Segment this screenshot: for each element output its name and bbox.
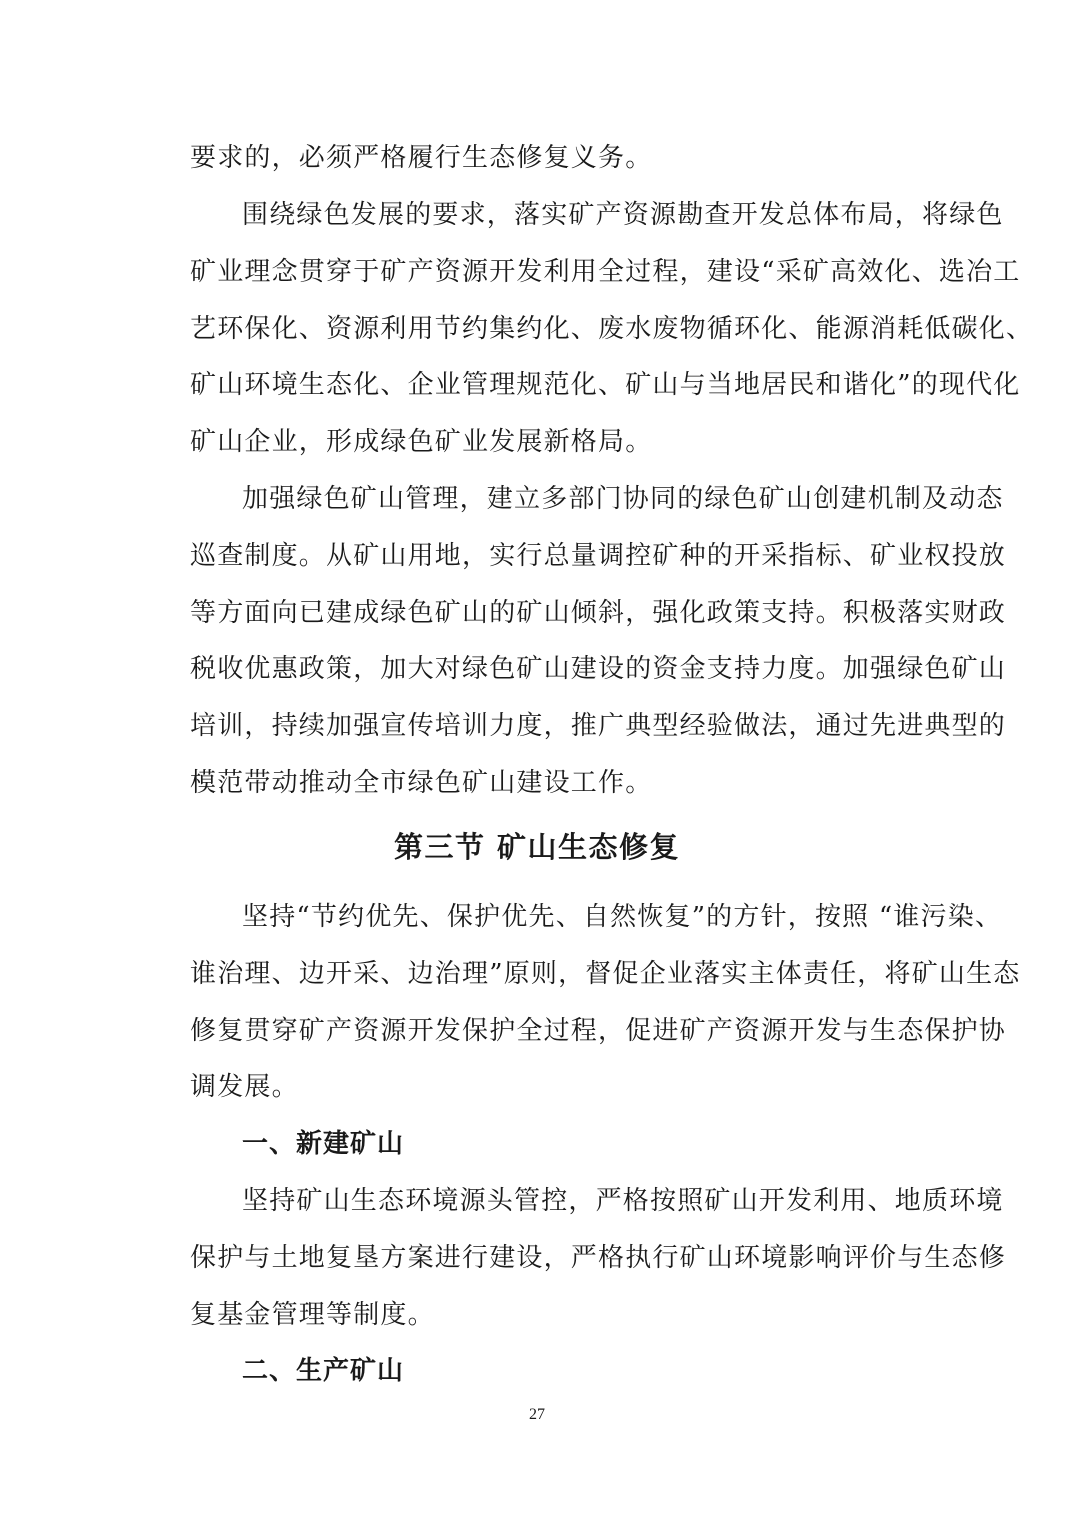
- paragraph-line: 保护与土地复垦方案进行建设，严格执行矿山环境影响评价与生态修: [190, 1243, 946, 1273]
- paragraph-line: 调发展。: [190, 1072, 946, 1102]
- paragraph-line: 巡查制度。从矿山用地，实行总量调控矿种的开采指标、矿业权投放: [190, 541, 946, 571]
- subsection-heading: 一、新建矿山: [242, 1129, 404, 1159]
- paragraph-line: 围绕绿色发展的要求，落实矿产资源勘查开发总体布局，将绿色: [190, 200, 946, 230]
- paragraph-line: 修复贯穿矿产资源开发保护全过程，促进矿产资源开发与生态保护协: [190, 1016, 946, 1046]
- paragraph-line: 坚持“节约优先、保护优先、自然恢复”的方针，按照 “谁污染、: [190, 902, 946, 932]
- paragraph-line: 税收优惠政策，加大对绿色矿山建设的资金支持力度。加强绿色矿山: [190, 654, 946, 684]
- paragraph-line: 谁治理、边开采、边治理”原则，督促企业落实主体责任，将矿山生态: [190, 959, 946, 989]
- paragraph-line: 要求的，必须严格履行生态修复义务。: [190, 143, 946, 173]
- paragraph-line: 加强绿色矿山管理，建立多部门协同的绿色矿山创建机制及动态: [190, 484, 946, 514]
- paragraph-line: 矿山企业，形成绿色矿业发展新格局。: [190, 427, 946, 457]
- section-heading: 第三节 矿山生态修复: [0, 830, 1074, 864]
- page-number: 27: [0, 1405, 1074, 1425]
- paragraph-line: 矿业理念贯穿于矿产资源开发利用全过程，建设“采矿高效化、选冶工: [190, 257, 946, 287]
- document-page: 要求的，必须严格履行生态修复义务。 围绕绿色发展的要求，落实矿产资源勘查开发总体…: [0, 0, 1074, 1520]
- paragraph-line: 复基金管理等制度。: [190, 1300, 946, 1330]
- paragraph-line: 模范带动推动全市绿色矿山建设工作。: [190, 768, 946, 798]
- subsection-heading: 二、生产矿山: [242, 1356, 404, 1386]
- paragraph-line: 培训，持续加强宣传培训力度，推广典型经验做法，通过先进典型的: [190, 711, 946, 741]
- paragraph-line: 矿山环境生态化、企业管理规范化、矿山与当地居民和谐化”的现代化: [190, 370, 946, 400]
- paragraph-line: 等方面向已建成绿色矿山的矿山倾斜，强化政策支持。积极落实财政: [190, 598, 946, 628]
- paragraph-line: 坚持矿山生态环境源头管控，严格按照矿山开发利用、地质环境: [190, 1186, 946, 1216]
- paragraph-line: 艺环保化、资源利用节约集约化、废水废物循环化、能源消耗低碳化、: [190, 314, 946, 344]
